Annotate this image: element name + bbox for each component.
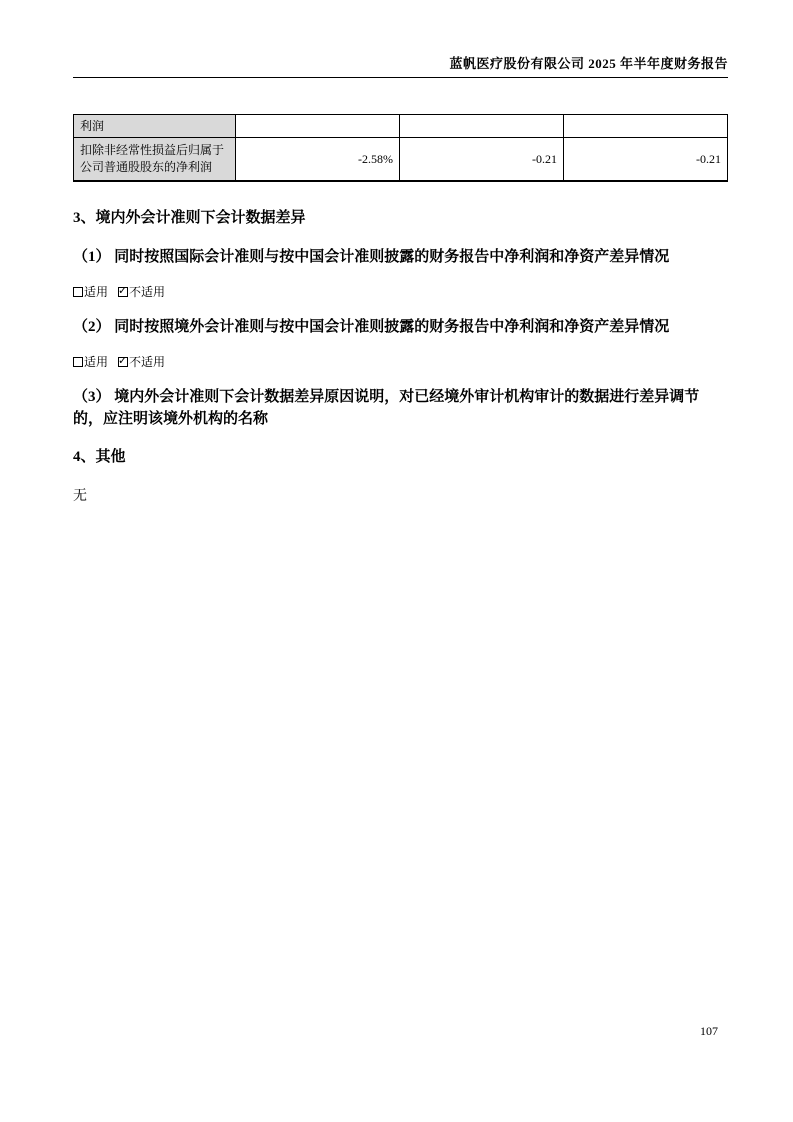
not-applicable-option: ✓不适用 (118, 285, 165, 299)
check-icon: ✓ (118, 283, 127, 298)
section-3-3-title: （3） 境内外会计准则下会计数据差异原因说明，对已经境外审计机构审计的数据进行差… (73, 386, 728, 430)
row-value (236, 115, 400, 138)
section-3-2-title: （2） 同时按照境外会计准则与按中国会计准则披露的财务报告中净利润和净资产差异情… (73, 316, 728, 338)
document-page: 蓝帆医疗股份有限公司 2025 年半年度财务报告 利润 扣除非经常性损益后归属于… (73, 0, 728, 505)
report-header-title: 蓝帆医疗股份有限公司 2025 年半年度财务报告 (73, 53, 728, 72)
row-value (400, 115, 564, 138)
row-value (564, 115, 728, 138)
section-4-title: 4、其他 (73, 446, 728, 468)
header-rule (73, 77, 728, 78)
section-4-body: 无 (73, 485, 728, 505)
row-label: 利润 (74, 115, 236, 138)
page-number: 107 (700, 1024, 718, 1039)
row-value: -2.58% (236, 138, 400, 182)
financial-metrics-table: 利润 扣除非经常性损益后归属于公司普通股股东的净利润 -2.58% -0.21 … (73, 114, 728, 182)
not-applicable-option: ✓不适用 (118, 355, 165, 369)
table-row: 利润 (74, 115, 728, 138)
checkbox-unchecked-icon (73, 287, 83, 297)
applicable-option: 适用 (73, 285, 108, 299)
row-value: -0.21 (400, 138, 564, 182)
applicable-label: 适用 (84, 285, 108, 299)
row-value: -0.21 (564, 138, 728, 182)
applicable-option: 适用 (73, 355, 108, 369)
not-applicable-label: 不适用 (129, 285, 165, 299)
table-row: 扣除非经常性损益后归属于公司普通股股东的净利润 -2.58% -0.21 -0.… (74, 138, 728, 182)
check-icon: ✓ (118, 353, 127, 368)
applicability-line-1: 适用✓不适用 (73, 285, 728, 300)
row-label: 扣除非经常性损益后归属于公司普通股股东的净利润 (74, 138, 236, 182)
checkbox-checked-icon: ✓ (118, 287, 128, 297)
applicable-label: 适用 (84, 355, 108, 369)
checkbox-unchecked-icon (73, 357, 83, 367)
checkbox-checked-icon: ✓ (118, 357, 128, 367)
applicability-line-2: 适用✓不适用 (73, 355, 728, 370)
section-3-title: 3、境内外会计准则下会计数据差异 (73, 207, 728, 229)
not-applicable-label: 不适用 (129, 355, 165, 369)
section-3-1-title: （1） 同时按照国际会计准则与按中国会计准则披露的财务报告中净利润和净资产差异情… (73, 246, 728, 268)
